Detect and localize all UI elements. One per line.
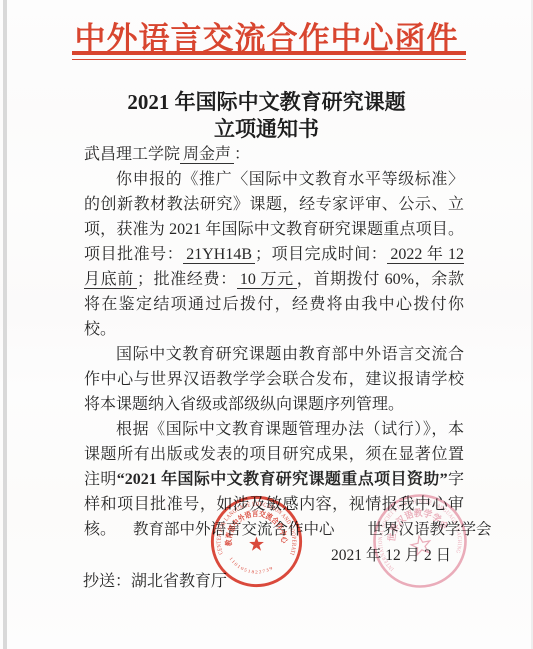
- center-seal-graphic: CENTER FOR LANGUAGE EDUCATION AND COOPER…: [208, 493, 305, 590]
- funding-value: 10 万元: [237, 271, 297, 289]
- star-icon: [249, 537, 264, 551]
- cc-label: 抄送：: [83, 573, 131, 590]
- letter-document: 中外语言交流合作中心函件 2021 年国际中文教育研究课题 立项通知书 武昌理工…: [0, 0, 533, 649]
- project-number: 21YH14B: [183, 246, 255, 264]
- masthead-rule-thick: [72, 51, 466, 55]
- letter-body: 武昌理工学院周金声： 你申报的《推广〈国际中文教育水平等级标准〉的创新教材教法研…: [84, 142, 464, 542]
- document-title-line2: 立项通知书: [0, 113, 533, 143]
- seal-serial-number: 1101051822739: [228, 556, 274, 574]
- deadline-label: ；项目完成时间：: [255, 246, 387, 263]
- paragraph-publisher: 国际中文教育研究课题由教育部中外语言交流合作中心与世界汉语教学学会联合发布，建议…: [84, 342, 464, 417]
- funding-label: ；批准经费：: [137, 271, 237, 288]
- star-outline-icon: [410, 534, 432, 556]
- seal-ring-english: INTERNATIONAL SOCIETY FOR CHINESE LANGUA…: [370, 491, 466, 573]
- recipient-school: 武昌理工学院: [84, 146, 180, 163]
- society-seal-graphic: INTERNATIONAL SOCIETY FOR CHINESE LANGUA…: [361, 482, 480, 601]
- document-title-line1: 2021 年国际中文教育研究课题: [0, 86, 533, 116]
- cc-line: 抄送：湖北省教育厅: [83, 568, 227, 591]
- society-official-seal-stamp: INTERNATIONAL SOCIETY FOR CHINESE LANGUA…: [361, 482, 480, 601]
- credit-line-bold: “2021 年国际中文教育研究课题重点项目资助”: [117, 471, 448, 488]
- paragraph-approval: 你申报的《推广〈国际中文教育水平等级标准〉的创新教材教法研究》课题，经专家评审、…: [84, 167, 464, 342]
- center-official-seal-stamp: CENTER FOR LANGUAGE EDUCATION AND COOPER…: [208, 493, 305, 590]
- recipient-name: 周金声: [180, 146, 234, 164]
- salutation-line: 武昌理工学院周金声：: [84, 142, 464, 167]
- masthead-rule-thin: [72, 59, 466, 61]
- salutation-colon: ：: [234, 146, 250, 163]
